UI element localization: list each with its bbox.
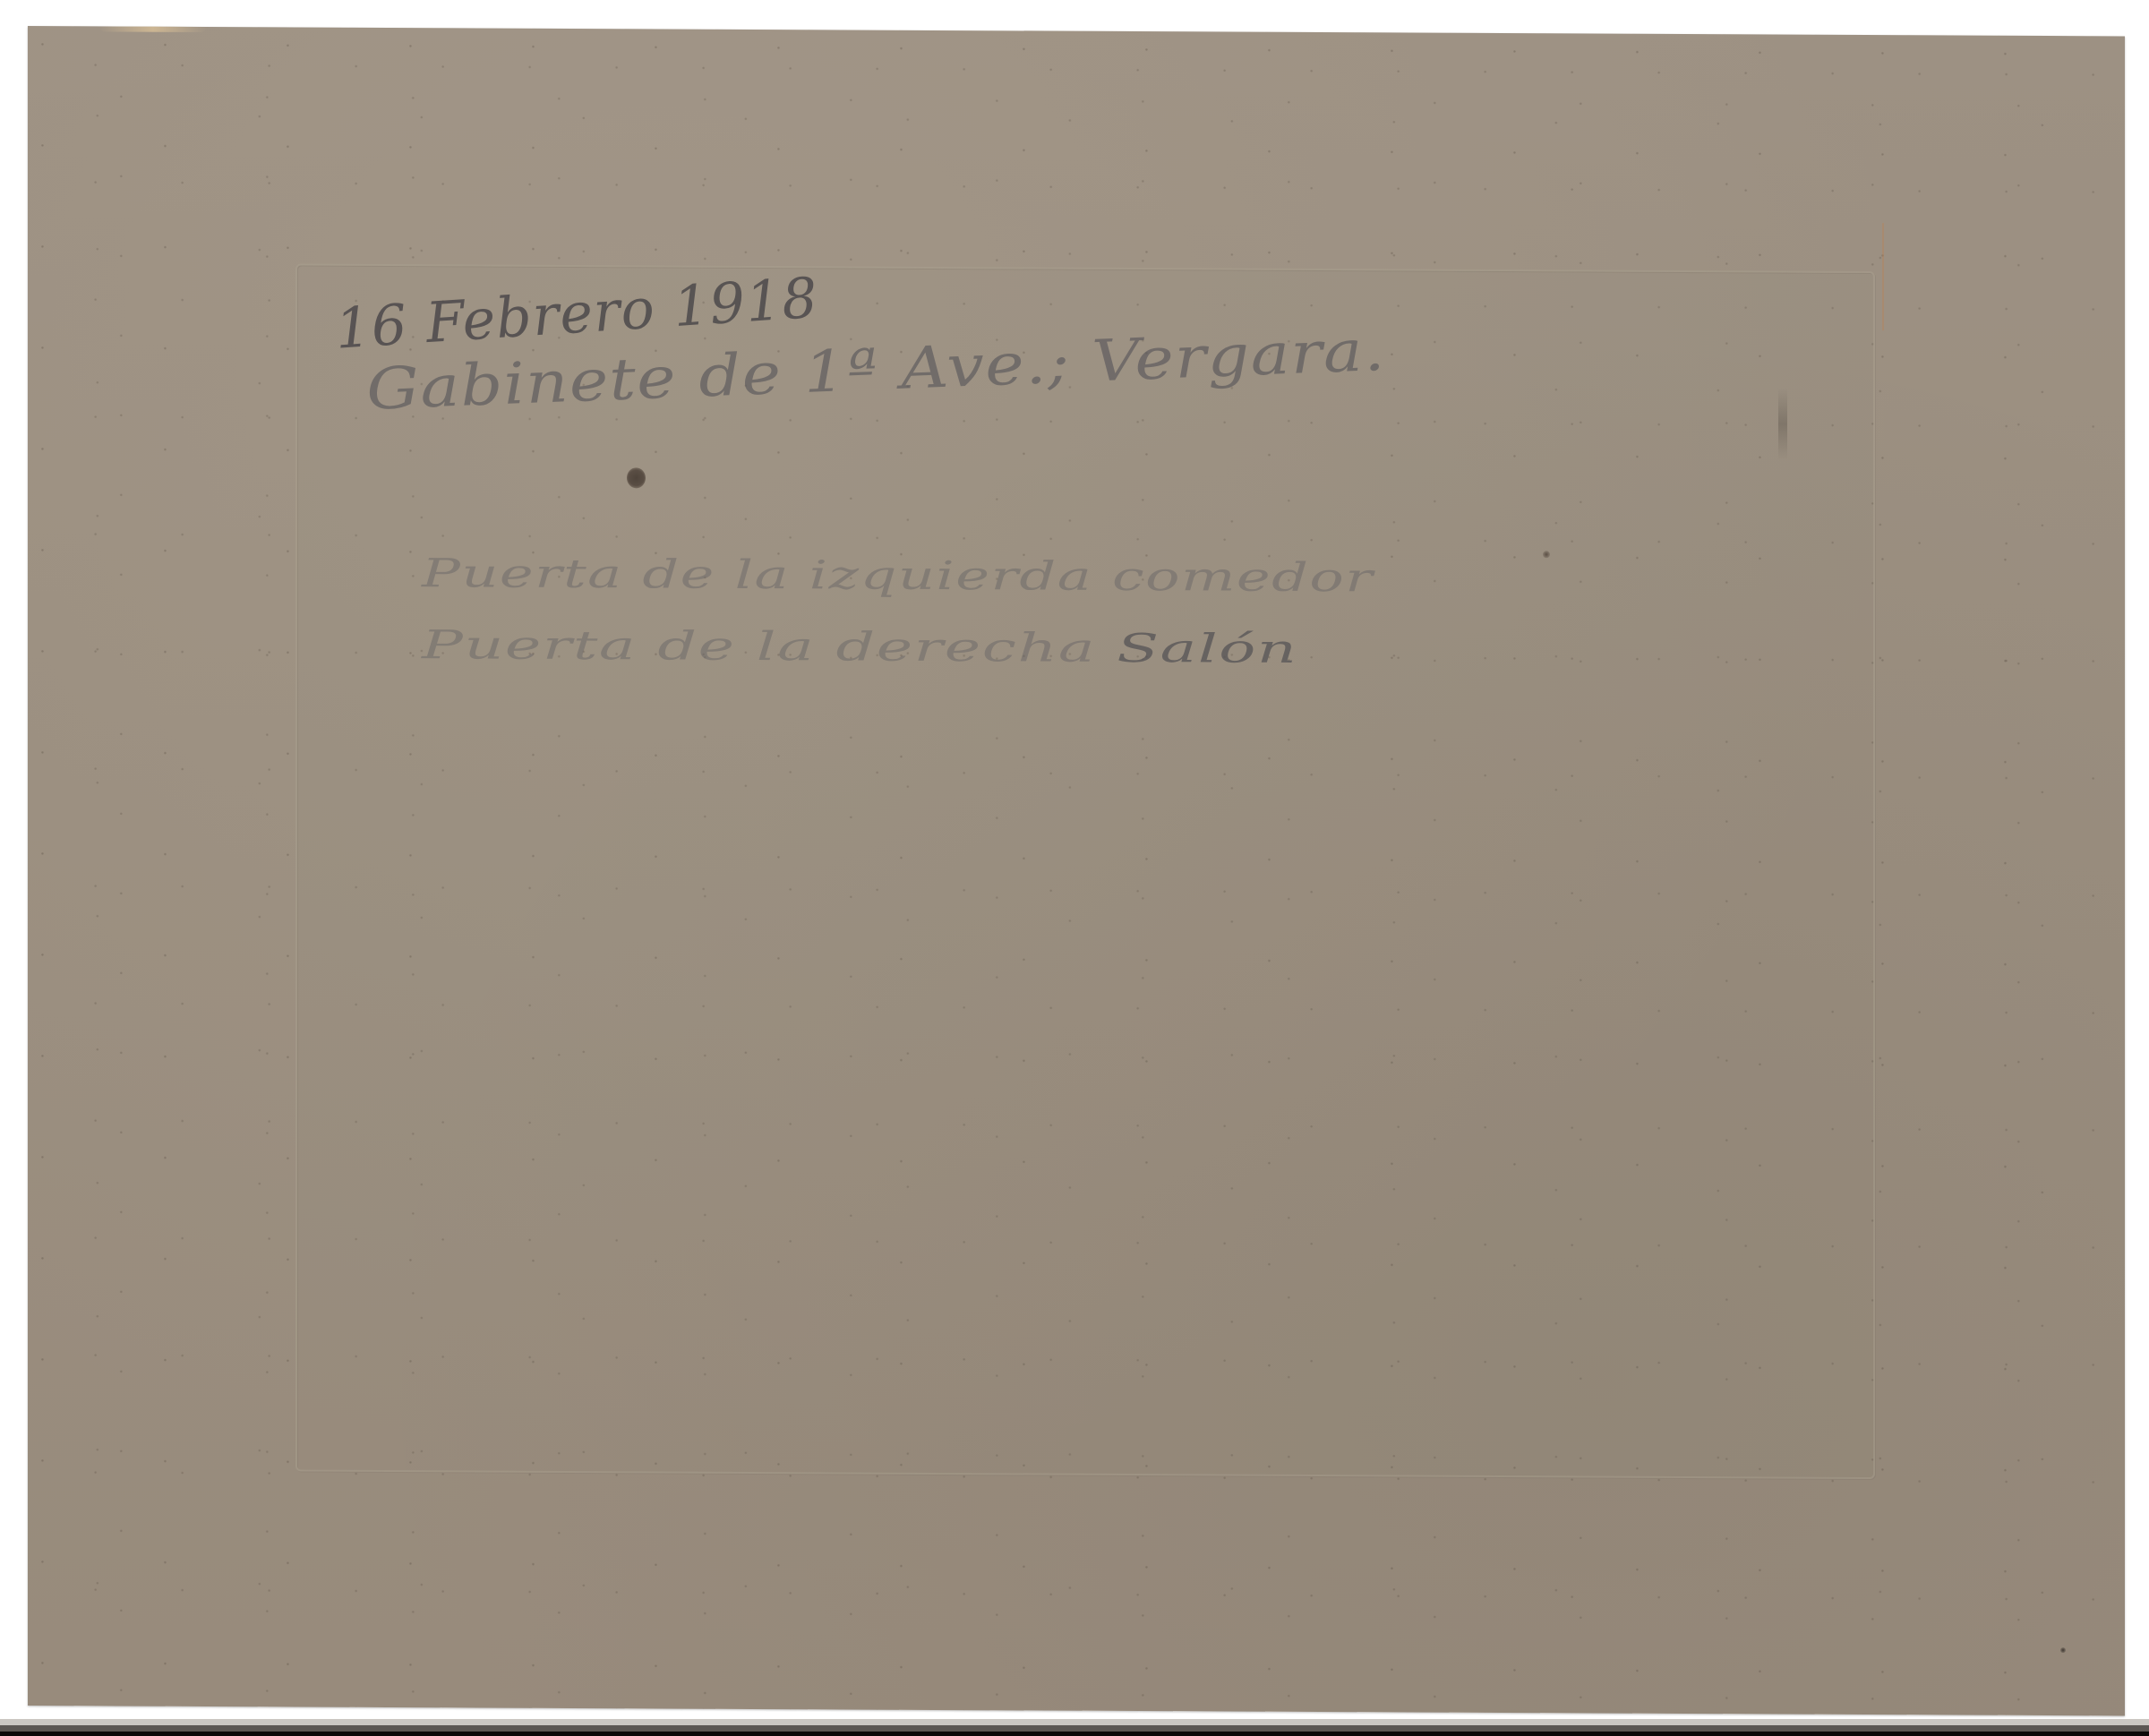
handwritten-door-left-note: Puerta de la izquierda comedor [422,551,1374,601]
handwritten-door-right-note: Puerta de la derecha Salón [422,622,1297,672]
ink-spot-tiny [2060,1647,2066,1653]
scanner-bar-dark [0,1725,2149,1732]
plate-mark-border [295,263,1875,1479]
scanner-bar-light [0,1719,2149,1725]
scan-canvas: 16 Febrero 1918 Gabinete de 1ª Ave.; Ver… [0,0,2149,1736]
paper-sheet: 16 Febrero 1918 Gabinete de 1ª Ave.; Ver… [28,26,2125,1715]
ink-spot-small [1543,551,1550,558]
pencil-smudge [1778,389,1787,460]
door-right-text: Puerta de la derecha [422,622,1096,671]
ink-spot-large [627,467,646,488]
door-right-room-name: Salón [1117,626,1297,672]
paper-stain-line [1882,223,1884,330]
scanner-bar-black [0,1732,2149,1736]
